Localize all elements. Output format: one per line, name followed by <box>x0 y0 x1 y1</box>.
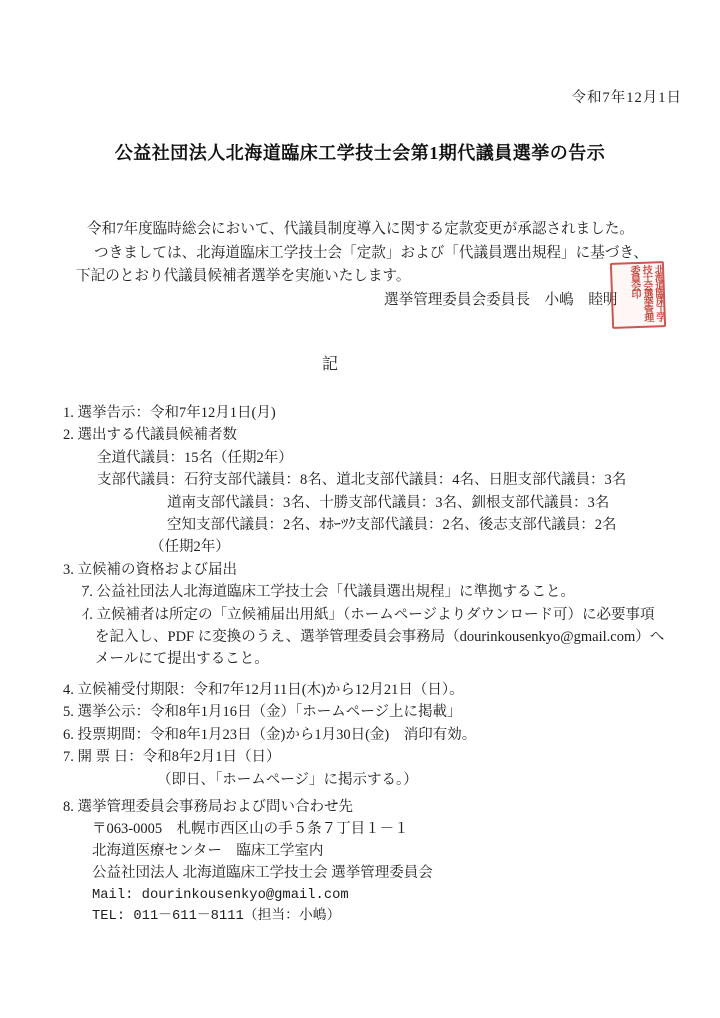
item-election-announcement: 1. 選挙告示：令和7年12月1日(月) <box>63 402 664 424</box>
line-contact-tel: TEL: 011－611－8111（担当：小嶋） <box>63 906 433 928</box>
notice-title: 公益社団法人北海道臨床工学技士会第1期代議員選挙の告示 <box>0 139 720 165</box>
notice-body-list: 1. 選挙告示：令和7年12月1日(月) 2. 選出する代議員候補者数 全道代議… <box>63 402 664 671</box>
line-counting-note: （即日、「ホームページ」に掲示する。） <box>63 769 476 791</box>
line-term-note: （任期2年） <box>63 536 664 558</box>
item-application-deadline: 4. 立候補受付期限：令和7年12月11日(木)から12月21日（日）。 <box>63 679 476 701</box>
line-shibu-daigiin-1: 支部代議員：石狩支部代議員：8名、道北支部代議員：4名、日胆支部代議員：3名 <box>63 469 664 491</box>
intro-line-3: 下記のとおり代議員候補者選挙を実施いたします。 <box>76 264 411 285</box>
issue-date: 令和7年12月1日 <box>572 86 683 107</box>
intro-line-1: 令和7年度臨時総会において、代議員制度導入に関する定款変更が承認されました。 <box>87 217 634 238</box>
line-facility: 北海道医療センター 臨床工学室内 <box>63 841 433 863</box>
line-postal-address: 〒063-0005 札幌市西区山の手５条７丁目１－１ <box>63 819 433 841</box>
chairperson-signature: 選挙管理委員会委員長 小嶋 睦明 <box>384 288 618 309</box>
item-candidacy-requirements: 3. 立候補の資格および届出 <box>63 559 664 581</box>
official-seal: 北海道臨床工学技士会選挙管理委員会印 <box>610 261 666 329</box>
contact-block: 8. 選挙管理委員会事務局および問い合わせ先 〒063-0005 札幌市西区山の… <box>63 797 433 928</box>
ki-marker: 記 <box>322 351 340 374</box>
item-ballot-counting-day: 7. 開 票 日：令和8年2月1日（日） <box>63 746 476 768</box>
line-candidacy-b: ｲ. 立候補者は所定の「立候補届出用紙」（ホームページよりダウンロード可）に必要… <box>63 604 664 626</box>
line-candidacy-a: ｱ. 公益社団法人北海道臨床工学技士会「代議員選出規程」に準拠すること。 <box>63 581 664 603</box>
line-shibu-daigiin-2: 道南支部代議員：3名、十勝支部代議員：3名、釧根支部代議員：3名 <box>63 492 664 514</box>
notice-schedule-list: 4. 立候補受付期限：令和7年12月11日(木)から12月21日（日）。 5. … <box>63 679 476 791</box>
line-contact-email: Mail: dourinkousenkyo@gmail.com <box>63 885 433 907</box>
line-organization: 公益社団法人 北海道臨床工学技士会 選挙管理委員会 <box>63 863 433 885</box>
item-contact-heading: 8. 選挙管理委員会事務局および問い合わせ先 <box>63 797 433 819</box>
item-election-publication: 5. 選挙公示：令和8年1月16日（金）「ホームページ上に掲載」 <box>63 701 476 723</box>
item-voting-period: 6. 投票期間：令和8年1月23日（金)から1月30日(金) 消印有効。 <box>63 724 476 746</box>
line-shibu-daigiin-3: 空知支部代議員：2名、ｵﾎｰﾂｸ支部代議員：2名、後志支部代議員：2名 <box>63 514 664 536</box>
line-candidacy-b-cont-1: を記入し、PDF に変換のうえ、選挙管理委員会事務局（dourinkousenk… <box>63 626 664 648</box>
line-candidacy-b-cont-2: メールにて提出すること。 <box>63 648 664 670</box>
document-page: 令和7年12月1日 公益社団法人北海道臨床工学技士会第1期代議員選挙の告示 令和… <box>0 0 720 1018</box>
seal-inscription: 北海道臨床工学技士会選挙管理委員会印 <box>612 263 666 329</box>
item-candidate-counts: 2. 選出する代議員候補者数 <box>63 424 664 446</box>
line-zendo-daigiin: 全道代議員：15名（任期2年） <box>63 447 664 469</box>
intro-line-2: つきましては、北海道臨床工学技士会「定款」および「代議員選出規程」に基づき、 <box>94 241 648 262</box>
